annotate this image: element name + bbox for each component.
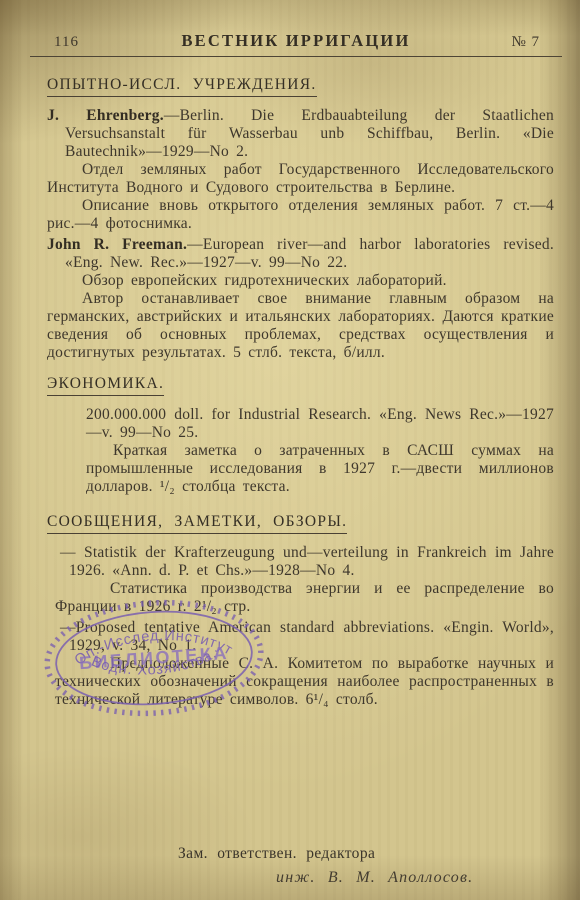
section-2: СООБЩЕНИЯ, ЗАМЕТКИ, ОБЗОРЫ.— Statistik d…	[47, 499, 554, 709]
bibliography-entry: —Proposed tentative American standard ab…	[47, 619, 554, 709]
entry-author: John R. Freeman.	[47, 236, 187, 253]
entry-annotation: Обзор европейских гидротехнических лабор…	[47, 272, 554, 290]
sections: ОПЫТНО-ИССЛ. УЧРЕЖДЕНИЯ.J. Ehrenberg.—Be…	[0, 57, 580, 709]
entry-annotation: Описание вновь открытого отделения земля…	[47, 197, 554, 233]
issue-number: № 7	[411, 34, 562, 51]
entry-annotation: Предположенные С. А. Комитетом по вырабо…	[55, 655, 554, 709]
journal-page: 116 ВЕСТНИК ИРРИГАЦИИ № 7 ОПЫТНО-ИССЛ. У…	[0, 0, 580, 900]
entry-annotation: Отдел земляных работ Государственного Ис…	[47, 161, 554, 197]
entry-annotation: Краткая заметка о затраченных в САСШ сум…	[86, 442, 554, 496]
section-1: ЭКОНОМИКА.200.000.000 doll. for Industri…	[47, 365, 554, 496]
entry-annotation: Автор останавливает свое внимание главны…	[47, 290, 554, 362]
page-header: 116 ВЕСТНИК ИРРИГАЦИИ № 7	[30, 0, 562, 57]
entry-citation: 200.000.000 doll. for Industrial Researc…	[86, 406, 554, 442]
page-number: 116	[30, 34, 181, 51]
journal-title: ВЕСТНИК ИРРИГАЦИИ	[181, 31, 410, 51]
section-heading: ЭКОНОМИКА.	[47, 375, 164, 396]
entry-citation: — Statistik der Krafterzeugung und—verte…	[60, 544, 554, 580]
bibliography-entry: 200.000.000 doll. for Industrial Researc…	[47, 406, 554, 496]
entry-citation: J. Ehrenberg.—Berlin. Die Erdbauabteilun…	[47, 107, 554, 161]
editor-role: Зам. ответствен. редактора	[178, 845, 375, 863]
bibliography-entry: — Statistik der Krafterzeugung und—verte…	[47, 544, 554, 616]
editor-signature: инж. В. М. Аполлосов.	[276, 869, 473, 887]
bibliography-entry: John R. Freeman.—European river—and harb…	[47, 236, 554, 362]
section-0: ОПЫТНО-ИССЛ. УЧРЕЖДЕНИЯ.J. Ehrenberg.—Be…	[47, 63, 554, 362]
bibliography-entry: J. Ehrenberg.—Berlin. Die Erdbauabteilun…	[47, 107, 554, 233]
entry-citation: —Proposed tentative American standard ab…	[60, 619, 554, 655]
section-heading: ОПЫТНО-ИССЛ. УЧРЕЖДЕНИЯ.	[47, 76, 317, 97]
section-heading: СООБЩЕНИЯ, ЗАМЕТКИ, ОБЗОРЫ.	[47, 513, 347, 534]
entry-author: J. Ehrenberg.	[47, 107, 164, 124]
entry-citation: John R. Freeman.—European river—and harb…	[47, 236, 554, 272]
entry-annotation: Статистика производства энергии и ее рас…	[55, 580, 554, 616]
